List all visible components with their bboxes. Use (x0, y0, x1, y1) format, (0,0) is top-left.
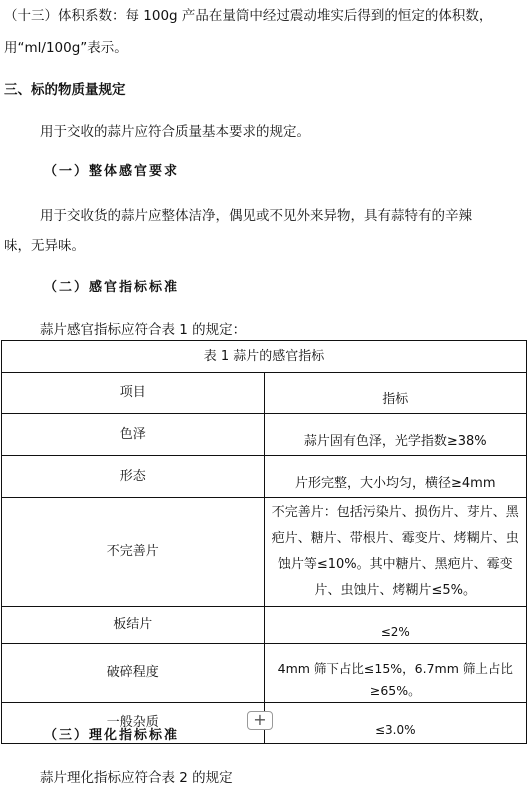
row-indicator: 不完善片：包括污染片、损伤片、芽片、黑疤片、糖片、带根片、霉变片、烤糊片、虫蚀片… (264, 498, 527, 607)
table-header-row: 项目 指标 (2, 373, 527, 414)
row-item: 形态 (2, 456, 265, 498)
paragraph-volume-coefficient-line1: （十三）体积系数：每 100g 产品在量筒中经过震动堆实后得到的恒定的体积数， (4, 6, 492, 26)
paragraph-sensory-standard-intro: 蒜片感官指标应符合表 1 的规定： (40, 320, 246, 340)
row-item: 破碎程度 (2, 644, 265, 703)
subheading-overall-sensory: （一）整体感官要求 (44, 162, 179, 182)
paragraph-volume-coefficient-line2: 用“ml/100g”表示。 (4, 38, 128, 58)
paragraph-quality-intro: 用于交收的蒜片应符合质量基本要求的规定。 (40, 122, 310, 142)
table-row: 形态 片形完整，大小均匀，横径≥4mm (2, 456, 527, 498)
row-indicator: 片形完整，大小均匀，横径≥4mm (264, 456, 527, 498)
row-item: 板结片 (2, 607, 265, 644)
row-item: 不完善片 (2, 498, 265, 607)
subheading-sensory-standard: （二）感官指标标准 (44, 278, 179, 298)
table-row: 不完善片 不完善片：包括污染片、损伤片、芽片、黑疤片、糖片、带根片、霉变片、烤糊… (2, 498, 527, 607)
row-indicator: 蒜片固有色泽，光学指数≥38% (264, 414, 527, 456)
row-indicator: 4mm 筛下占比≤15%，6.7mm 筛上占比≥65%。 (264, 644, 527, 703)
header-indicator: 指标 (264, 373, 527, 414)
table-row: 色泽 蒜片固有色泽，光学指数≥38% (2, 414, 527, 456)
table-row: 板结片 ≤2% (2, 607, 527, 644)
section-heading-quality: 三、标的物质量规定 (4, 80, 126, 100)
row-indicator: ≤2% (264, 607, 527, 644)
paragraph-physicochemical-intro: 蒜片理化指标应符合表 2 的规定 (40, 768, 233, 788)
row-item: 色泽 (2, 414, 265, 456)
paragraph-overall-sensory-line2: 味，无异味。 (4, 236, 85, 256)
sensory-indicator-table: 表 1 蒜片的感官指标 项目 指标 色泽 蒜片固有色泽，光学指数≥38% 形态 … (1, 340, 527, 744)
subheading-physicochemical-standard: （三）理化指标标准 (44, 726, 179, 746)
table-row: 破碎程度 4mm 筛下占比≤15%，6.7mm 筛上占比≥65%。 (2, 644, 527, 703)
table-caption: 表 1 蒜片的感官指标 (2, 341, 527, 373)
paragraph-overall-sensory-line1: 用于交收货的蒜片应整体洁净，偶见或不见外来异物，具有蒜特有的辛辣 (40, 206, 472, 226)
add-row-button[interactable]: + (247, 711, 273, 730)
header-item: 项目 (2, 373, 265, 414)
row-indicator: ≤3.0% (264, 703, 527, 744)
